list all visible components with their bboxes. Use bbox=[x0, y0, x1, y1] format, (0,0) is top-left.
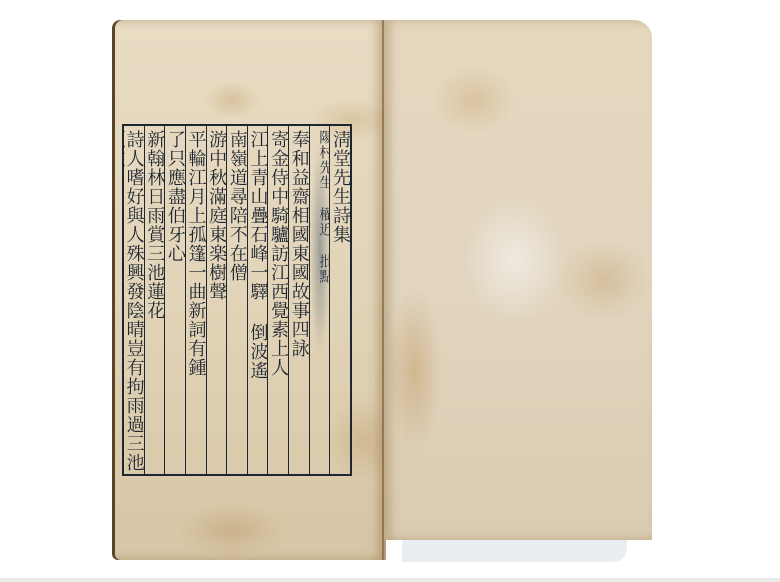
text-column: 江上青山疊石峰一驛 倒波遙 bbox=[247, 126, 268, 474]
title-column: 淸堂先生詩集 bbox=[329, 126, 350, 474]
text-column: 奉和益齋相國東國故事四詠 bbox=[288, 126, 309, 474]
bottom-border bbox=[0, 578, 780, 582]
right-page bbox=[384, 20, 652, 540]
text-column: 詩人嗜好與人殊興發陰晴豈有拘雨過三池煩往 bbox=[124, 126, 144, 474]
left-page: 淸堂先生詩集 陽村先生 權近 批點 奉和益齋相國東國故事四詠 寄金侍中騎驢訪江西… bbox=[112, 20, 384, 560]
ink-smudge bbox=[310, 140, 330, 360]
text-column: 游中秋滿庭東楽樹聲 bbox=[206, 126, 227, 474]
text-column: 了只應盡伯牙心 bbox=[164, 126, 185, 474]
text-column: 寄金侍中騎驢訪江西覺素上人 bbox=[267, 126, 288, 474]
text-column: 平輪江月上孤篷一曲新詞有鍾 bbox=[185, 126, 206, 474]
repair-tape bbox=[402, 540, 627, 562]
text-column: 南嶺道尋陪不在僧 bbox=[226, 126, 247, 474]
open-book: 淸堂先生詩集 陽村先生 權近 批點 奉和益齋相國東國故事四詠 寄金侍中騎驢訪江西… bbox=[112, 20, 652, 560]
text-column: 新翰林日雨賞三池蓮花 bbox=[144, 126, 165, 474]
